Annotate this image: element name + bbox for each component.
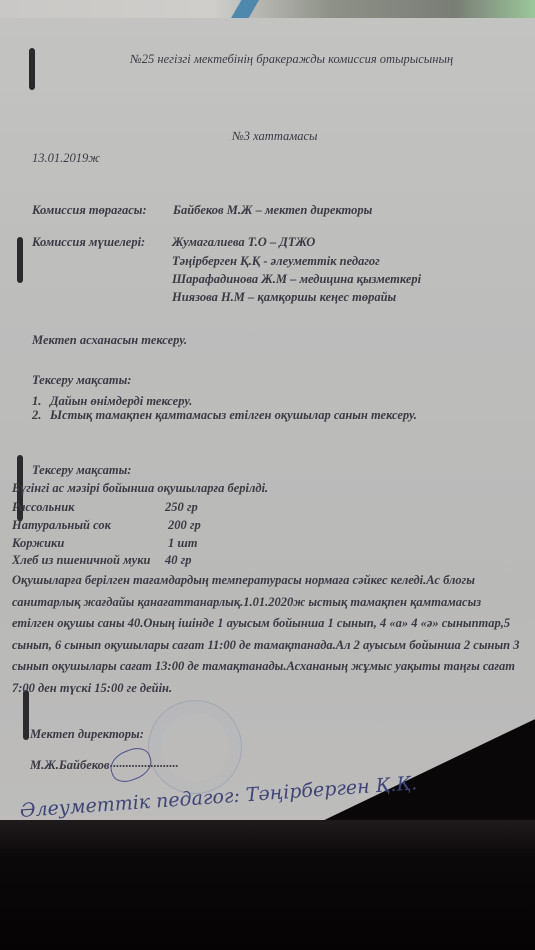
menu-qty: 250 гр	[165, 500, 198, 515]
menu-item: Натуральный сок	[12, 518, 111, 533]
menu-intro: Бүгінгі ас мәзірі бойынша оқушыларға бер…	[12, 481, 268, 496]
menu-item: Хлеб из пшеничной муки	[12, 553, 150, 568]
goal-text: Ыстық тамақпен қамтамасыз етілген оқушыл…	[50, 408, 417, 423]
document-header: №25 негізгі мектебінің бракеражды комисс…	[130, 52, 453, 67]
chair-value: Байбеков М.Ж – мектеп директоры	[173, 203, 372, 218]
document-content: №25 негізгі мектебінің бракеражды комисс…	[0, 0, 535, 950]
check-label: Тексеру мақсаты:	[32, 463, 131, 478]
member-item: Жумагалиева Т.О – ДТЖО	[172, 235, 315, 250]
goals-label: Тексеру мақсаты:	[32, 373, 131, 388]
member-item: Ниязова Н.М – қамқоршы кеңес төрайы	[172, 290, 396, 305]
signature-name: М.Ж.Байбеков	[30, 758, 109, 773]
protocol-title: №3 хаттамасы	[232, 129, 318, 144]
signature-title: Мектеп директоры:	[30, 727, 144, 742]
goal-text: Дайын өнімдерді тексеру.	[50, 394, 192, 409]
inspection-findings-paragraph: Оқушыларға берілген тағамдардың температ…	[12, 570, 522, 699]
chair-label: Комиссия төрағасы:	[32, 203, 147, 218]
member-item: Шарафадинова Ж.М – медицина қызметкері	[172, 272, 421, 287]
member-item: Тәңірберген Қ.Қ - әлеуметтік педагог	[172, 254, 380, 269]
menu-qty: 40 гр	[165, 553, 192, 568]
goal-number: 1.	[32, 394, 41, 409]
official-stamp	[148, 700, 242, 794]
goal-number: 2.	[32, 408, 41, 423]
menu-item: Рассольник	[12, 500, 75, 515]
inspection-topic: Мектеп асханасын тексеру.	[32, 333, 187, 348]
menu-qty: 1 шт	[168, 536, 198, 551]
document-date: 13.01.2019ж	[32, 151, 100, 166]
members-label: Комиссия мүшелері:	[32, 235, 145, 250]
menu-item: Коржики	[12, 536, 64, 551]
menu-qty: 200 гр	[168, 518, 201, 533]
